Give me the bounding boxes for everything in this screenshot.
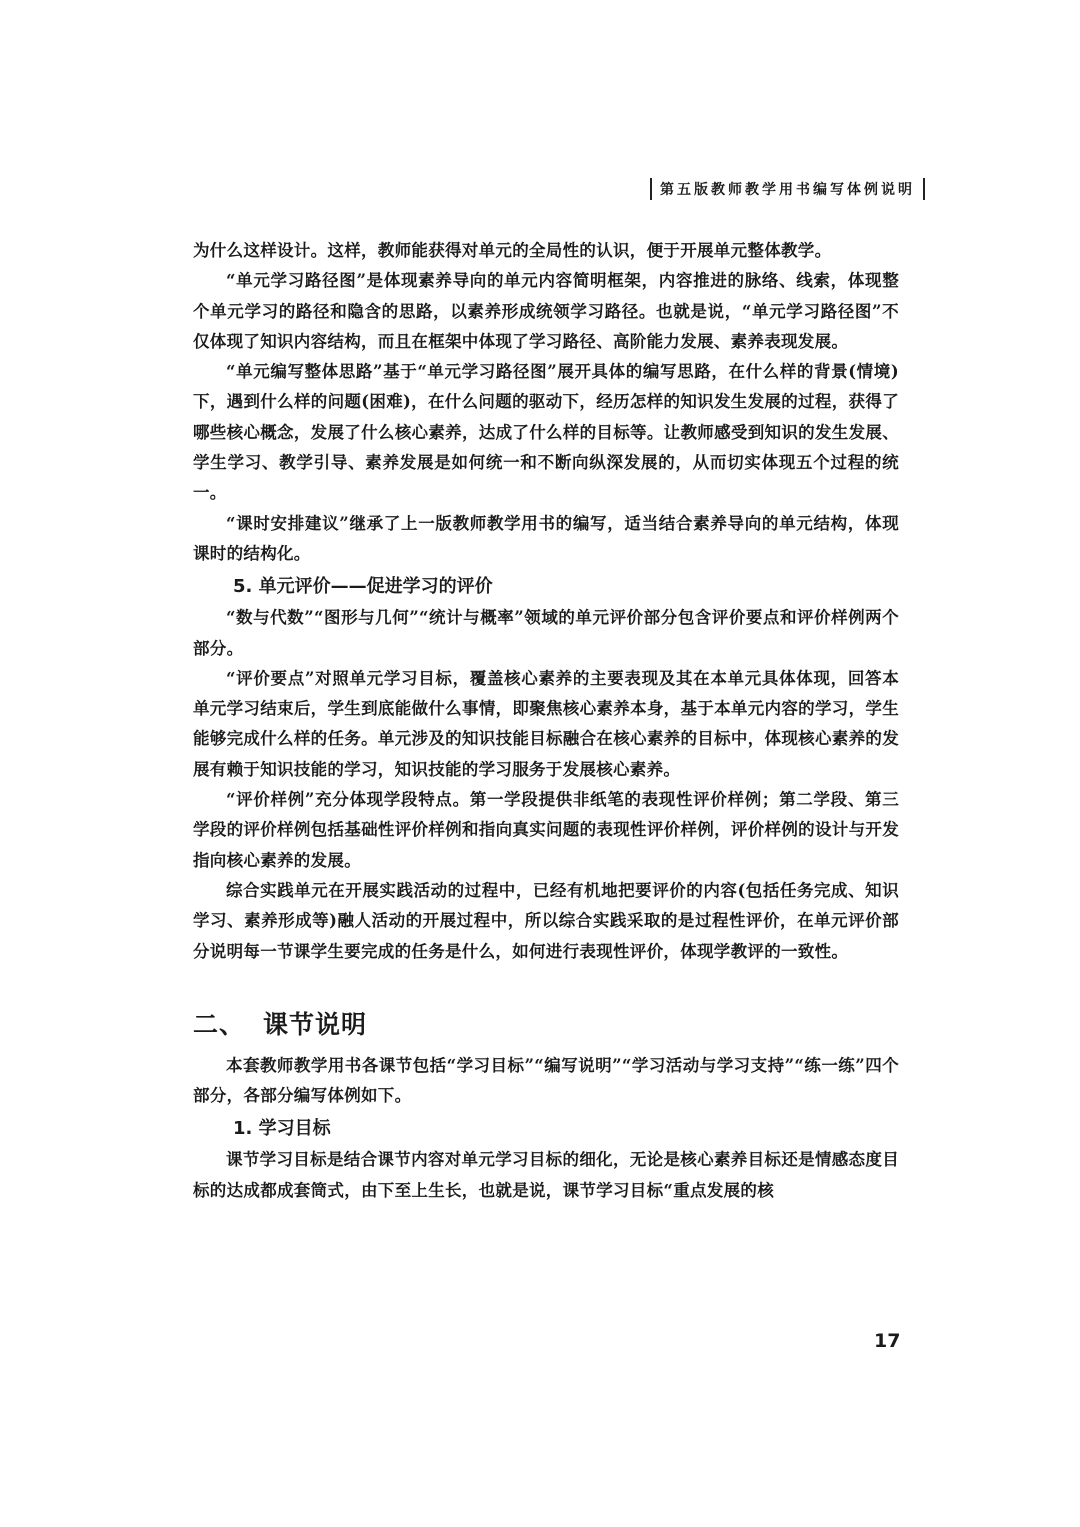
page-number: 17 <box>874 1330 900 1352</box>
running-title: 第五版教师教学用书编写体例说明 <box>660 179 915 199</box>
section-heading-lesson-description: 二、课节说明 <box>193 1005 899 1045</box>
paragraph: “评价要点”对照单元学习目标，覆盖核心素养的主要表现及其在本单元具体体现，回答本… <box>193 664 899 785</box>
page-body: 为什么这样设计。这样，教师能获得对单元的全局性的认识，便于开展单元整体教学。 “… <box>193 236 899 1206</box>
paragraph: “单元编写整体思路”基于“单元学习路径图”展开具体的编写思路，在什么样的背景(情… <box>193 357 899 508</box>
paragraph: 综合实践单元在开展实践活动的过程中，已经有机地把要评价的内容(包括任务完成、知识… <box>193 876 899 967</box>
header-rule-right <box>923 178 925 200</box>
paragraph: “评价样例”充分体现学段特点。第一学段提供非纸笔的表现性评价样例；第二学段、第三… <box>193 785 899 876</box>
running-header: 第五版教师教学用书编写体例说明 <box>650 178 950 200</box>
header-rule-left <box>650 178 652 200</box>
paragraph: 课节学习目标是结合课节内容对单元学习目标的细化，无论是核心素养目标还是情感态度目… <box>193 1145 899 1206</box>
section-number: 二、 <box>193 1010 245 1039</box>
paragraph: 本套教师教学用书各课节包括“学习目标”“编写说明”“学习活动与学习支持”“练一练… <box>193 1051 899 1112</box>
paragraph: 为什么这样设计。这样，教师能获得对单元的全局性的认识，便于开展单元整体教学。 <box>193 236 899 266</box>
paragraph: “课时安排建议”继承了上一版教师教学用书的编写，适当结合素养导向的单元结构，体现… <box>193 509 899 570</box>
paragraph: “单元学习路径图”是体现素养导向的单元内容简明框架，内容推进的脉络、线索，体现整… <box>193 266 899 357</box>
subsection-heading-learning-goals: 1. 学习目标 <box>193 1113 899 1145</box>
section-title: 课节说明 <box>263 1010 367 1039</box>
paragraph: “数与代数”“图形与几何”“统计与概率”领域的单元评价部分包含评价要点和评价样例… <box>193 603 899 664</box>
subsection-heading-unit-evaluation: 5. 单元评价——促进学习的评价 <box>193 571 899 603</box>
